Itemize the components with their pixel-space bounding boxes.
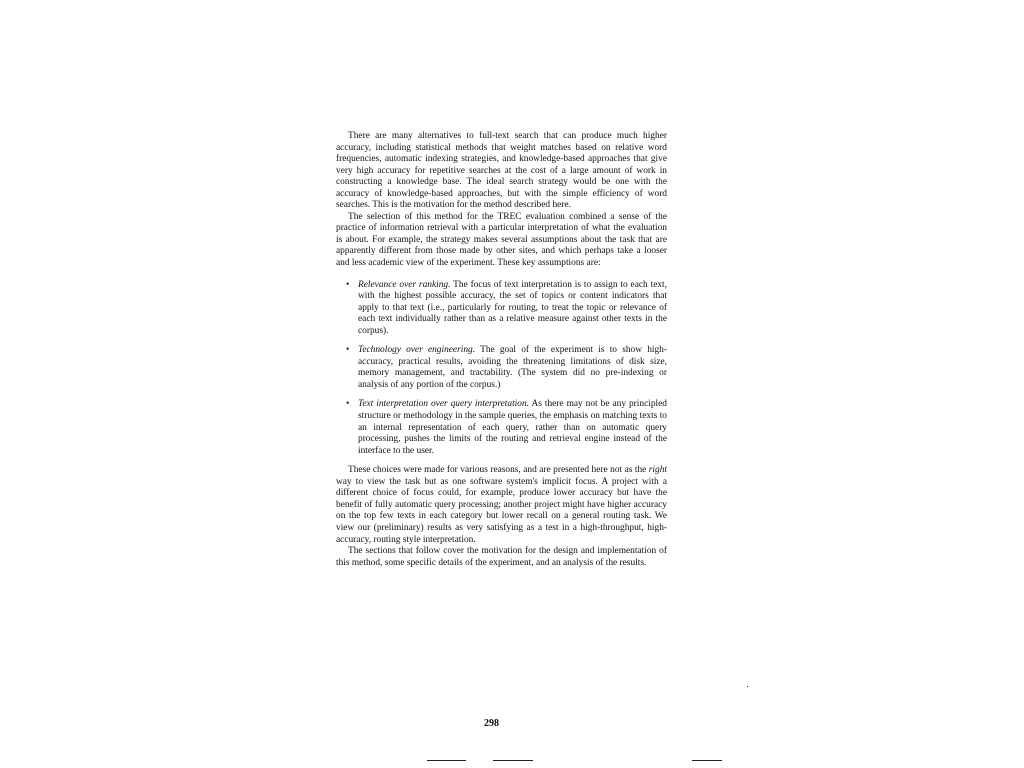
bullet-icon: • xyxy=(346,345,349,357)
assumption-term: Relevance over ranking. xyxy=(358,280,450,290)
scan-speck xyxy=(747,686,748,687)
outro-paragraph-2: The sections that follow cover the motiv… xyxy=(336,546,667,569)
outro-text: These choices were made for various reas… xyxy=(348,465,649,475)
bullet-icon: • xyxy=(346,399,349,411)
outro-text: way to view the task but as one software… xyxy=(336,477,667,545)
document-page-body: There are many alternatives to full-text… xyxy=(336,131,667,569)
scan-rule-right xyxy=(692,760,722,761)
assumption-term: Technology over engineering. xyxy=(358,345,475,355)
outro-text: The sections that follow cover the motiv… xyxy=(336,546,667,568)
assumption-item: • Relevance over ranking. The focus of t… xyxy=(358,280,667,338)
bullet-icon: • xyxy=(346,280,349,292)
assumption-term: Text interpretation over query interpret… xyxy=(358,399,529,409)
intro-paragraph-1: There are many alternatives to full-text… xyxy=(336,131,667,212)
intro-paragraph-2: The selection of this method for the TRE… xyxy=(336,212,667,270)
scan-rule-middle xyxy=(493,760,533,761)
scan-rule-left xyxy=(427,760,466,761)
outro-paragraph-1: These choices were made for various reas… xyxy=(336,465,667,546)
assumption-item: • Technology over engineering. The goal … xyxy=(358,345,667,391)
assumption-item: • Text interpretation over query interpr… xyxy=(358,399,667,457)
key-assumptions-list: • Relevance over ranking. The focus of t… xyxy=(336,280,667,458)
emphasis-right: right xyxy=(649,465,667,475)
page-number: 298 xyxy=(484,718,499,729)
